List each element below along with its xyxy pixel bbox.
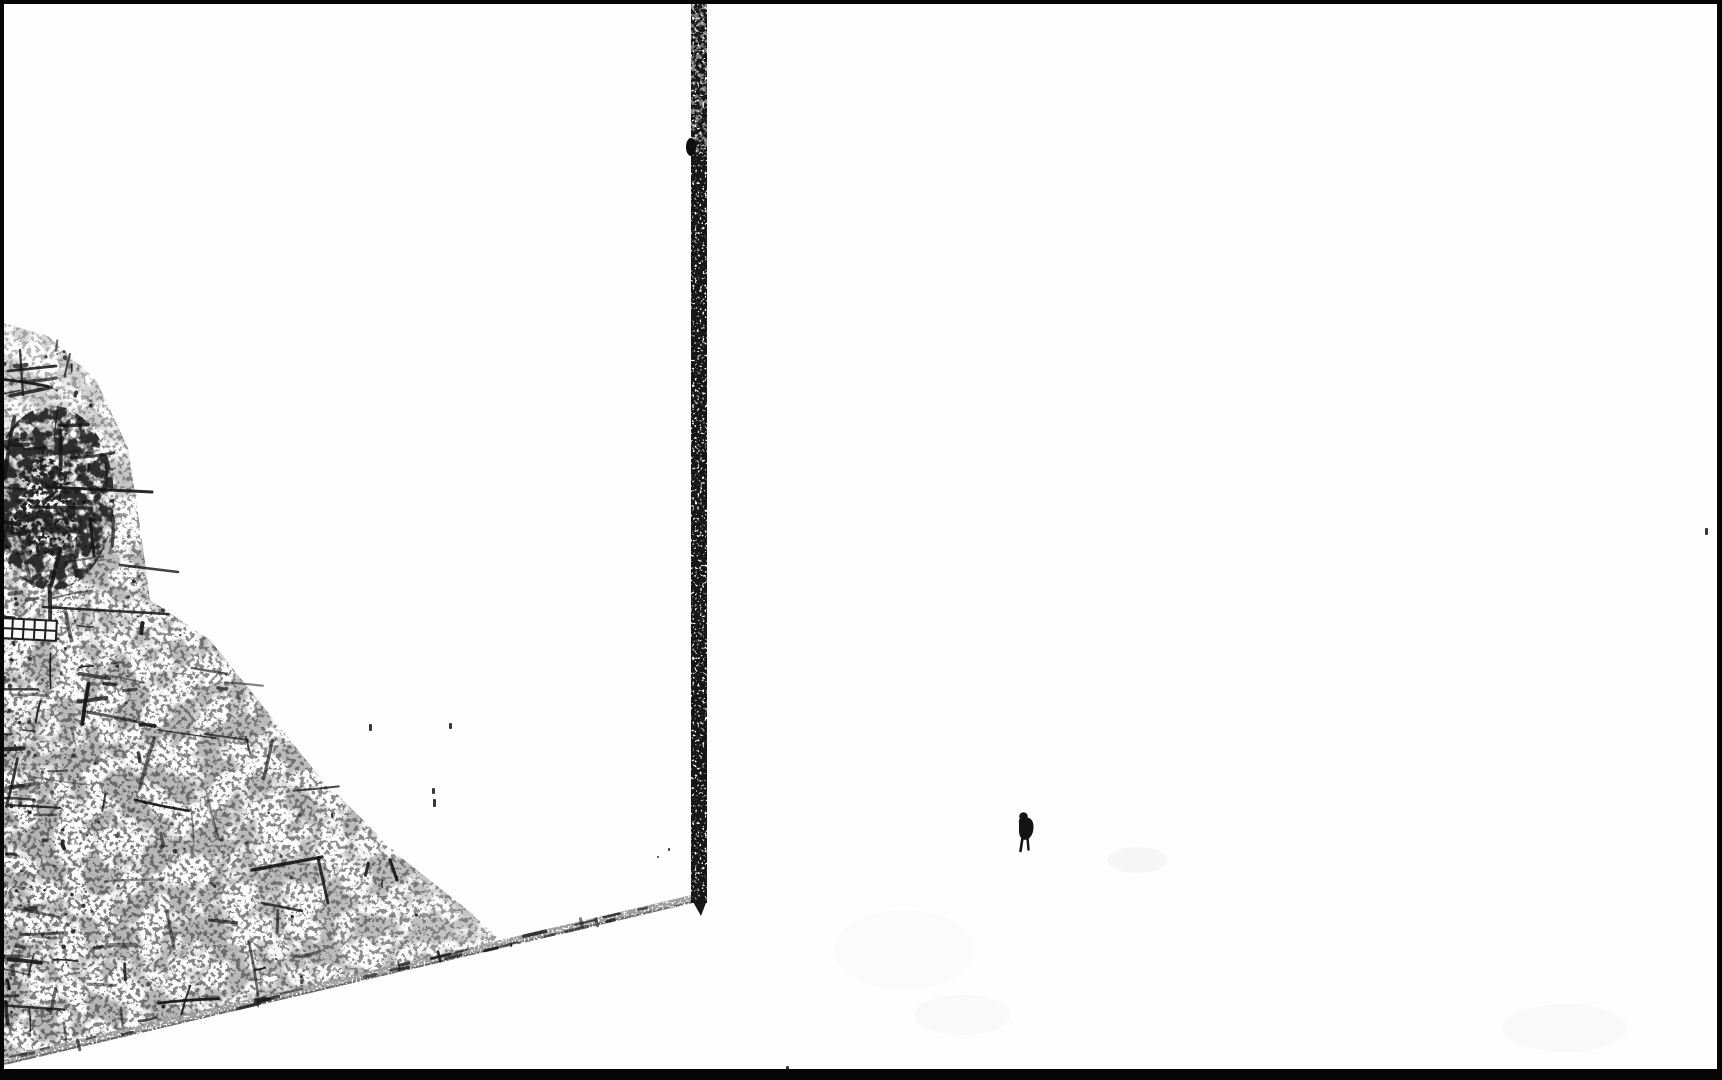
photo-canvas: [0, 0, 1722, 1080]
railing: [0, 617, 58, 642]
